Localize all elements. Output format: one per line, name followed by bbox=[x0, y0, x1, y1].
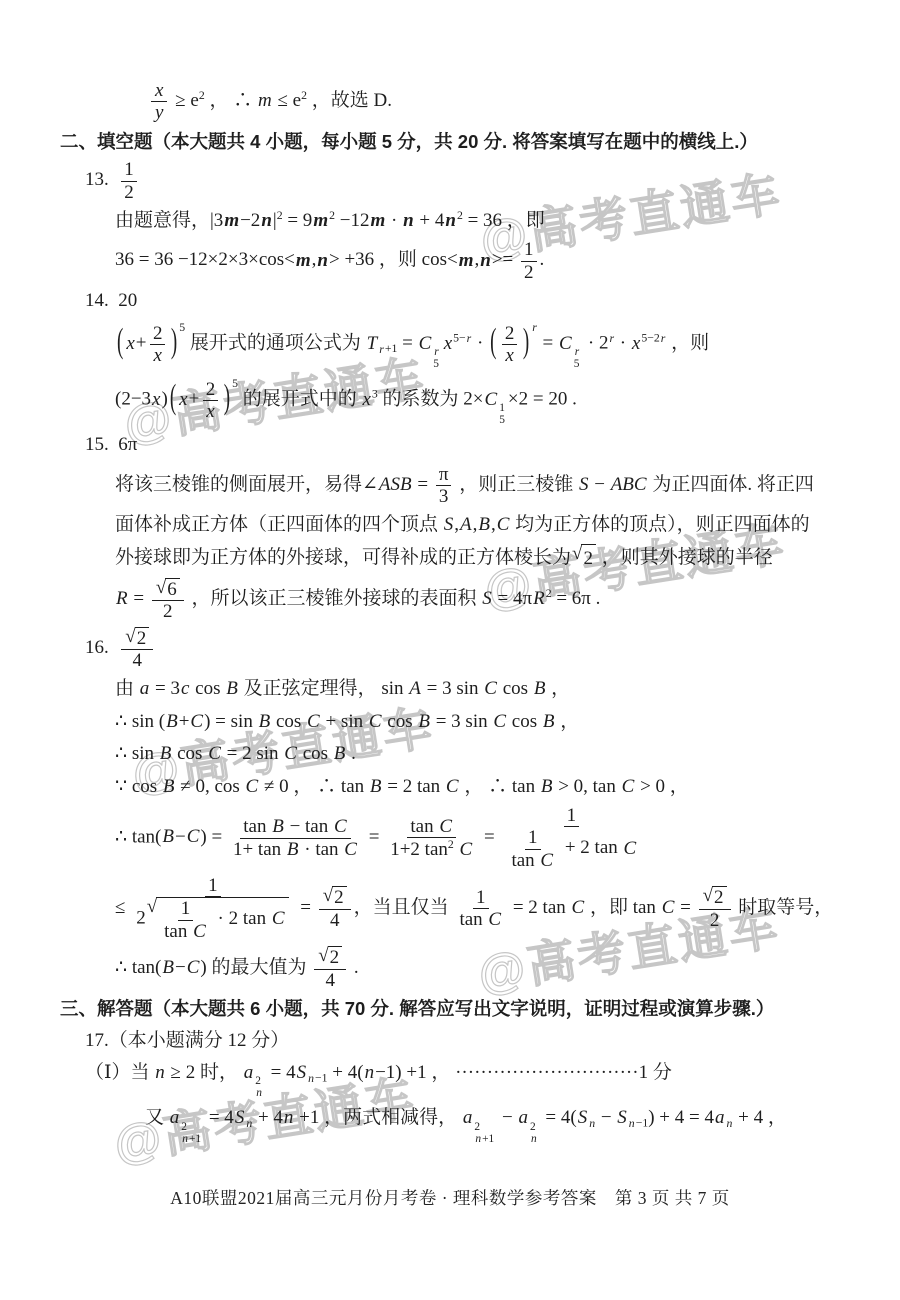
tk-f: 2x bbox=[501, 323, 517, 367]
tk-ss: 15 bbox=[499, 403, 505, 427]
tk-i: S bbox=[577, 1107, 589, 1128]
tk-i: S bbox=[443, 514, 455, 535]
tk-t: 1 bbox=[124, 159, 134, 180]
answer-16-step-5: ∴ tan(B−C) = tan B − tan C1+ tan B · tan… bbox=[115, 805, 850, 871]
tk-f: xy bbox=[151, 80, 167, 124]
tk-i: R bbox=[115, 588, 129, 609]
tk-t: 2 bbox=[255, 1075, 261, 1087]
tk-f: √24 bbox=[314, 946, 346, 991]
tk-i: x bbox=[205, 401, 215, 422]
tk-i: n bbox=[181, 1133, 189, 1145]
answer-16: 16. √24 bbox=[85, 626, 850, 671]
tk-i: C bbox=[558, 333, 573, 354]
choice-12-conclusion: xy ≥ e2 ， ∴ m ≤ e2 ，故选 D. bbox=[148, 80, 850, 124]
tk-t: = bbox=[397, 333, 417, 354]
stack-superscript: 2 bbox=[530, 1122, 536, 1134]
tk-i: n bbox=[474, 1133, 482, 1145]
tk-t: ，当且仅当 bbox=[354, 897, 454, 918]
tk-t: ) + 4 = 4 bbox=[648, 1107, 714, 1128]
tk-sqrt: √2 bbox=[125, 627, 149, 649]
tk-big: ) bbox=[171, 317, 177, 370]
tk-big: ( bbox=[117, 317, 123, 370]
tk-i: x bbox=[361, 389, 371, 410]
tk-t: π bbox=[439, 464, 449, 485]
fraction-numerator: √2 bbox=[121, 626, 153, 650]
stack-superscript: 2 bbox=[181, 1122, 187, 1134]
tk-t: 2 bbox=[710, 910, 720, 931]
fraction-denominator: 2 bbox=[160, 601, 176, 622]
tk-f: 2x bbox=[202, 379, 218, 423]
tk-bi: n bbox=[402, 210, 415, 231]
tk-i: C bbox=[368, 711, 383, 732]
tk-t: （Ⅰ）当 bbox=[85, 1062, 154, 1083]
tk-t: = 9 bbox=[283, 210, 313, 231]
tk-f: 12√1tan C · 2 tan C bbox=[133, 875, 292, 942]
tk-t: −1 bbox=[636, 1117, 649, 1130]
tk-f: 1tan C bbox=[456, 887, 505, 931]
tk-i: C bbox=[207, 743, 222, 764]
answer-14: 14. 20 bbox=[85, 287, 850, 316]
tk-ss: 2n+1 bbox=[474, 1122, 494, 1146]
tk-i: C bbox=[343, 839, 358, 860]
section-solutions-header: 三、解答题（本大题共 6 小题，共 70 分. 解答应写出文字说明，证明过程或演… bbox=[60, 995, 850, 1023]
tk-t: 1+2 tan bbox=[390, 839, 448, 860]
tk-i: B bbox=[161, 957, 175, 978]
tk-t: ≤ e bbox=[273, 90, 301, 111]
tk-t: 1+ tan bbox=[233, 839, 286, 860]
tk-t: 1 bbox=[528, 827, 538, 848]
tk-f: tan C1+2 tan2 C bbox=[387, 816, 476, 861]
fraction-denominator: x bbox=[202, 401, 218, 422]
tk-t: 4 bbox=[325, 970, 335, 991]
answer-14-step-1: (x+2x)5 展开式的通项公式为 Tr+1 = Cr5x5−r · (2x)r… bbox=[115, 319, 850, 371]
tk-ss: 2n bbox=[530, 1122, 538, 1146]
tk-f: 12 bbox=[521, 239, 537, 283]
tk-t: + 4 bbox=[253, 1107, 283, 1128]
tk-t: + 4 bbox=[415, 210, 445, 231]
tk-i: r bbox=[433, 346, 439, 358]
tk-i: c bbox=[180, 678, 190, 699]
tk-t: = 4 bbox=[204, 1107, 234, 1128]
tk-t: = 2 tan bbox=[382, 776, 444, 797]
radicand: 2 bbox=[332, 886, 347, 908]
answer-15-step-1: 将该三棱锥的侧面展开，易得∠ASB = π3 ，则正三棱锥 S − ABC 为正… bbox=[115, 464, 850, 508]
tk-t: 5− bbox=[453, 332, 466, 345]
fraction-numerator: 2 bbox=[203, 379, 219, 401]
tk-i: C bbox=[306, 711, 321, 732]
tk-t: − bbox=[589, 474, 609, 495]
tk-t: 17.（本小题满分 12 分） bbox=[85, 1030, 289, 1051]
tk-i: B bbox=[225, 678, 239, 699]
tk-t: 三、解答题（本大题共 6 小题，共 70 分. 解答应写出文字说明，证明过程或演… bbox=[60, 998, 774, 1019]
answer-14-step-2: (2−3x)(x+2x)5 的展开式中的 x3 的系数为 2×C15×2 = 2… bbox=[115, 375, 850, 427]
answer-16-step-3: ∴ sin B cos C = 2 sin C cos B . bbox=[115, 740, 850, 769]
tk-sqrt: √2 bbox=[572, 544, 596, 574]
answer-15-step-3: 外接球即为正方体的外接球，可得补成的正方体棱长为√2 ，则其外接球的半径 bbox=[115, 544, 850, 574]
fraction-denominator: 4 bbox=[129, 650, 145, 671]
tk-i: C bbox=[271, 908, 286, 929]
stack-subscript: n+1 bbox=[181, 1134, 201, 1146]
tk-t: ， bbox=[555, 711, 579, 732]
fraction-numerator: 2 bbox=[502, 323, 518, 345]
tk-i: C bbox=[418, 333, 433, 354]
tk-big: ( bbox=[170, 373, 176, 426]
stack-subscript: 5 bbox=[499, 415, 505, 427]
tk-i: C bbox=[245, 776, 260, 797]
tk-f: 11tan C + 2 tan C bbox=[502, 805, 640, 871]
tk-t: 2 bbox=[714, 887, 724, 908]
tk-t: ) = sin bbox=[204, 711, 257, 732]
radicand: 2 bbox=[581, 544, 596, 574]
tk-i: a bbox=[517, 1107, 529, 1128]
fraction-denominator: 1+ tan B · tan C bbox=[230, 839, 361, 860]
tk-bi: n bbox=[260, 210, 273, 231]
tk-sqrt: √6 bbox=[156, 578, 180, 600]
tk-f: √24 bbox=[319, 886, 351, 931]
tk-t: 15. 6π bbox=[85, 434, 137, 455]
tk-t: = bbox=[296, 897, 316, 918]
tk-t: 面体补成正方体（正四面体的四个顶点 bbox=[115, 514, 443, 535]
fraction-denominator: x bbox=[149, 345, 165, 366]
tk-t: ) bbox=[161, 389, 167, 410]
tk-t: = 6π . bbox=[552, 588, 601, 609]
tk-i: m bbox=[257, 90, 273, 111]
tk-t: 由题意得，|3 bbox=[115, 210, 223, 231]
tk-f: 1tan C bbox=[161, 898, 210, 942]
tk-t: 2 bbox=[163, 601, 173, 622]
tk-i: n bbox=[307, 1072, 315, 1085]
tk-t: ) 的最大值为 bbox=[200, 957, 311, 978]
tk-i: C bbox=[445, 776, 460, 797]
tk-t: +1 ，两式相减得， bbox=[294, 1107, 461, 1128]
tk-t: ，则 bbox=[666, 333, 709, 354]
tk-i: C bbox=[438, 816, 453, 837]
radicand: 2 bbox=[135, 627, 150, 649]
tk-t: 1 bbox=[181, 898, 191, 919]
tk-t: = bbox=[129, 588, 149, 609]
radicand: 6 bbox=[165, 578, 180, 600]
tk-t: = 4π bbox=[493, 588, 532, 609]
tk-i: n bbox=[628, 1117, 636, 1130]
radicand: 2 bbox=[328, 946, 343, 968]
answer-16-step-1: 由 a = 3c cos B 及正弦定理得， sin A = 3 sin C c… bbox=[115, 675, 850, 704]
tk-t bbox=[454, 839, 459, 860]
doc-lines: xy ≥ e2 ， ∴ m ≤ e2 ，故选 D.二、填空题（本大题共 4 小题… bbox=[0, 0, 900, 1146]
fraction-denominator: 1tan C + 2 tan C bbox=[502, 827, 640, 871]
tk-i: B bbox=[333, 743, 347, 764]
tk-t: tan bbox=[164, 921, 192, 942]
tk-i: C bbox=[484, 389, 499, 410]
fraction-denominator: tan C bbox=[161, 921, 210, 942]
tk-t: ) = bbox=[200, 826, 227, 847]
tk-i: R bbox=[532, 588, 546, 609]
tk-t: . bbox=[349, 957, 359, 978]
fraction-denominator: 2 bbox=[707, 910, 723, 931]
tk-t: 均为正方体的顶点），则正四面体的 bbox=[510, 514, 809, 535]
tk-t: = bbox=[675, 897, 695, 918]
answer-15-step-2: 面体补成正方体（正四面体的四个顶点 S,A,B,C 均为正方体的顶点），则正四面… bbox=[115, 511, 850, 540]
answer-sheet-page: @高考直通车 @高考直通车 @高考直通车 @高考直通车 @高考直通车 @高考直通… bbox=[0, 0, 900, 1300]
tk-i: C bbox=[661, 897, 676, 918]
tk-t: 5 bbox=[433, 358, 439, 370]
tk-i: A bbox=[408, 678, 422, 699]
tk-t: ，则其外接球的半径 bbox=[597, 547, 773, 568]
tk-i: C bbox=[571, 897, 586, 918]
tk-sqrt: √2 bbox=[318, 946, 342, 968]
tk-t: + 4 ， bbox=[733, 1107, 786, 1128]
tk-t: cos bbox=[298, 743, 333, 764]
stack-superscript: 2 bbox=[474, 1122, 480, 1134]
tk-i: S bbox=[234, 1107, 246, 1128]
tk-t: +1 bbox=[482, 1133, 494, 1145]
fraction-numerator: √2 bbox=[314, 946, 346, 970]
fraction-numerator: √6 bbox=[152, 577, 184, 601]
tk-sqrt: √1tan C · 2 tan C bbox=[147, 897, 289, 942]
tk-bi: m bbox=[223, 210, 240, 231]
fraction-numerator: 1 bbox=[473, 887, 489, 909]
tk-t: ∴ tan( bbox=[115, 826, 161, 847]
tk-i: n bbox=[364, 1062, 376, 1083]
tk-ss: 2n bbox=[255, 1076, 263, 1100]
tk-t: cos bbox=[190, 678, 225, 699]
fraction-numerator: 1 bbox=[178, 898, 194, 920]
tk-ss: r5 bbox=[574, 347, 580, 371]
tk-i: x bbox=[125, 333, 135, 354]
tk-i: C bbox=[539, 850, 554, 871]
tk-i: C bbox=[186, 957, 201, 978]
tk-t: · bbox=[472, 333, 488, 354]
tk-t: cos bbox=[271, 711, 306, 732]
tk-i: x bbox=[154, 80, 164, 101]
tk-bi: n bbox=[479, 250, 492, 271]
tk-t: cos bbox=[172, 743, 207, 764]
tk-i: A bbox=[459, 514, 473, 535]
tk-i: C bbox=[186, 826, 201, 847]
tk-t: tan bbox=[459, 909, 487, 930]
tk-i: B bbox=[162, 776, 176, 797]
tk-i: a bbox=[139, 678, 151, 699]
tk-t: (2−3 bbox=[115, 389, 151, 410]
tk-t: +1 bbox=[385, 343, 398, 356]
tk-i: C bbox=[192, 921, 207, 942]
tk-i: y bbox=[154, 102, 164, 123]
tk-t: 2 bbox=[136, 908, 146, 929]
stack-subscript: n+1 bbox=[474, 1134, 494, 1146]
tk-i: x bbox=[631, 333, 641, 354]
tk-t: 外接球即为正方体的外接球，可得补成的正方体棱长为 bbox=[115, 547, 571, 568]
tk-t: > 0 ， bbox=[635, 776, 688, 797]
tk-i: B bbox=[159, 743, 173, 764]
fraction-numerator: 1 bbox=[564, 805, 580, 827]
question-17: 17.（本小题满分 12 分） bbox=[85, 1027, 850, 1056]
tk-i: B bbox=[417, 711, 431, 732]
fraction-numerator: 1 bbox=[121, 159, 137, 181]
tk-t: 1 bbox=[524, 239, 534, 260]
tk-t: ，故选 D. bbox=[307, 90, 392, 111]
tk-t: cos bbox=[498, 678, 533, 699]
tk-t: 2 bbox=[334, 887, 344, 908]
tk-i: n bbox=[255, 1087, 263, 1099]
tk-t: ≠ 0 ， ∴ tan bbox=[259, 776, 369, 797]
tk-i: T bbox=[366, 333, 379, 354]
tk-f: 1tan C bbox=[508, 827, 557, 871]
tk-i: n bbox=[154, 1062, 166, 1083]
tk-i: B bbox=[369, 776, 383, 797]
tk-t: + bbox=[136, 333, 147, 354]
tk-bi: m bbox=[458, 250, 475, 271]
tk-t: 2 bbox=[530, 1121, 536, 1133]
tk-i: C bbox=[459, 839, 474, 860]
fraction-numerator: tan B − tan C bbox=[240, 816, 350, 838]
answer-16-step-7: ∴ tan(B−C) 的最大值为 √24 . bbox=[115, 946, 850, 991]
tk-t: 2 bbox=[137, 628, 147, 649]
tk-i: r bbox=[531, 321, 538, 334]
tk-big: ) bbox=[224, 373, 230, 426]
tk-ss: 2n+1 bbox=[181, 1122, 201, 1146]
tk-big: ) bbox=[523, 317, 529, 370]
tk-t: ≠ 0, cos bbox=[176, 776, 245, 797]
tk-t: · 2 tan bbox=[213, 908, 271, 929]
fraction-numerator: √2 bbox=[319, 886, 351, 910]
tk-i: C bbox=[333, 816, 348, 837]
fraction-numerator: tan C bbox=[407, 816, 456, 838]
tk-t: − tan bbox=[285, 816, 333, 837]
tk-t: − bbox=[497, 1107, 517, 1128]
tk-f: √62 bbox=[152, 577, 184, 622]
tk-t: ∴ sin ( bbox=[115, 711, 165, 732]
tk-t: · bbox=[386, 210, 402, 231]
tk-t: · bbox=[615, 333, 631, 354]
tk-i: S bbox=[296, 1062, 308, 1083]
tk-t: 又 bbox=[145, 1107, 169, 1128]
tk-t: > 0, tan bbox=[553, 776, 620, 797]
tk-i: B bbox=[533, 678, 547, 699]
tk-i: x bbox=[178, 389, 188, 410]
tk-t: = 36 ，即 bbox=[463, 210, 545, 231]
tk-t: 及正弦定理得， sin bbox=[239, 678, 408, 699]
tk-t: 16. bbox=[85, 637, 118, 658]
tk-t: ， ∴ tan bbox=[460, 776, 540, 797]
stack-subscript: n bbox=[255, 1088, 263, 1100]
tk-i: S bbox=[578, 474, 590, 495]
tk-t: ×2 = 20 . bbox=[508, 389, 577, 410]
tk-f: π3 bbox=[436, 464, 452, 508]
answer-16-step-6: ≤ 12√1tan C · 2 tan C = √24，当且仅当 1tan C … bbox=[115, 875, 850, 942]
tk-t: 2 bbox=[583, 548, 593, 569]
tk-t: 的系数为 2× bbox=[378, 389, 484, 410]
tk-i: C bbox=[492, 711, 507, 732]
tk-t: ∴ sin bbox=[115, 743, 159, 764]
tk-i: n bbox=[530, 1133, 538, 1145]
tk-t: 展开式的通项公式为 bbox=[185, 333, 366, 354]
tk-t: = 4 bbox=[266, 1062, 296, 1083]
tk-t: 2 bbox=[181, 1121, 187, 1133]
tk-t: 1 bbox=[499, 402, 505, 414]
tk-bi: n bbox=[444, 210, 457, 231]
tk-i: S bbox=[481, 588, 493, 609]
tk-i: B bbox=[161, 826, 175, 847]
fraction-numerator: 1 bbox=[525, 827, 541, 849]
tk-bi: m bbox=[312, 210, 329, 231]
tk-i: B bbox=[542, 711, 556, 732]
tk-t: · 2 bbox=[583, 333, 608, 354]
tk-t: = 2 sin bbox=[222, 743, 283, 764]
tk-hsup: r bbox=[531, 321, 538, 334]
tk-i: n bbox=[588, 1117, 596, 1130]
tk-sup: 5−2r bbox=[641, 332, 666, 345]
stack-subscript: 5 bbox=[574, 359, 580, 371]
answer-16-step-4: ∵ cos B ≠ 0, cos C ≠ 0 ， ∴ tan B = 2 tan… bbox=[115, 773, 850, 802]
fraction-numerator: x bbox=[151, 80, 167, 102]
fraction-denominator: 2√1tan C · 2 tan C bbox=[133, 897, 292, 942]
tk-t: = bbox=[479, 826, 499, 847]
q17-part1-line2: 又 a2n+1 = 4Sn + 4n +1 ，两式相减得， a2n+1 − a2… bbox=[145, 1104, 850, 1145]
tk-t: ，则正三棱锥 bbox=[454, 474, 578, 495]
tk-f: √24 bbox=[121, 626, 153, 671]
fraction-denominator: 4 bbox=[322, 970, 338, 991]
tk-t: >= bbox=[492, 250, 518, 271]
tk-t: + bbox=[179, 711, 190, 732]
fraction-denominator: y bbox=[151, 102, 167, 123]
fraction-numerator: 1 bbox=[521, 239, 537, 261]
tk-t: −1) +1 ， ·····························1 … bbox=[375, 1062, 672, 1083]
stack-subscript: n bbox=[530, 1134, 538, 1146]
tk-t: + 4( bbox=[328, 1062, 364, 1083]
tk-sub: r+1 bbox=[378, 343, 397, 356]
tk-t: ≤ bbox=[115, 897, 130, 918]
tk-t: = 4( bbox=[541, 1107, 577, 1128]
tk-t: cos bbox=[507, 711, 542, 732]
tk-t: +1 bbox=[189, 1133, 201, 1145]
tk-i: a bbox=[243, 1062, 255, 1083]
tk-t: 2 bbox=[524, 262, 534, 283]
fraction-numerator: π bbox=[436, 464, 452, 486]
tk-big: ( bbox=[490, 317, 496, 370]
tk-t: 36 = 36 −12×2×3×cos< bbox=[115, 250, 295, 271]
tk-i: n bbox=[283, 1107, 295, 1128]
section-fill-in-header: 二、填空题（本大题共 4 小题，每小题 5 分，共 20 分. 将答案填写在题中… bbox=[60, 128, 850, 156]
page-footer: A10联盟2021届高三元月份月考卷 · 理科数学参考答案 第 3 页 共 7 … bbox=[0, 1185, 900, 1210]
tk-t: 二、填空题（本大题共 4 小题，每小题 5 分，共 20 分. 将答案填写在题中… bbox=[60, 131, 758, 152]
tk-t: · tan bbox=[300, 839, 344, 860]
tk-t: 1 bbox=[476, 887, 486, 908]
tk-t: 为正四面体. 将正四 bbox=[648, 474, 814, 495]
tk-i: B bbox=[286, 839, 300, 860]
answer-16-step-2: ∴ sin (B+C) = sin B cos C + sin C cos B … bbox=[115, 708, 850, 737]
tk-sub: n−1 bbox=[628, 1117, 648, 1130]
tk-i: C bbox=[483, 678, 498, 699]
tk-i: ABC bbox=[610, 474, 648, 495]
tk-i: a bbox=[714, 1107, 726, 1128]
tk-t: tan bbox=[243, 816, 271, 837]
tk-t: −1 bbox=[315, 1072, 328, 1085]
tk-t: ≥ 2 时， bbox=[166, 1062, 243, 1083]
fraction-denominator: tan C bbox=[508, 850, 557, 871]
tk-t: 时取等号， bbox=[734, 897, 834, 918]
tk-t: ≥ e bbox=[170, 90, 198, 111]
tk-i: B bbox=[258, 711, 272, 732]
tk-i: x bbox=[504, 345, 514, 366]
tk-i: r bbox=[378, 343, 385, 356]
tk-sqrt: √2 bbox=[323, 886, 347, 908]
tk-t: 2 bbox=[206, 379, 216, 400]
tk-bi: m bbox=[295, 250, 312, 271]
tk-i: B bbox=[540, 776, 554, 797]
tk-t: = bbox=[364, 826, 384, 847]
tk-t: − bbox=[175, 826, 186, 847]
tk-t: tan bbox=[410, 816, 438, 837]
tk-t: = 3 sin bbox=[431, 711, 492, 732]
